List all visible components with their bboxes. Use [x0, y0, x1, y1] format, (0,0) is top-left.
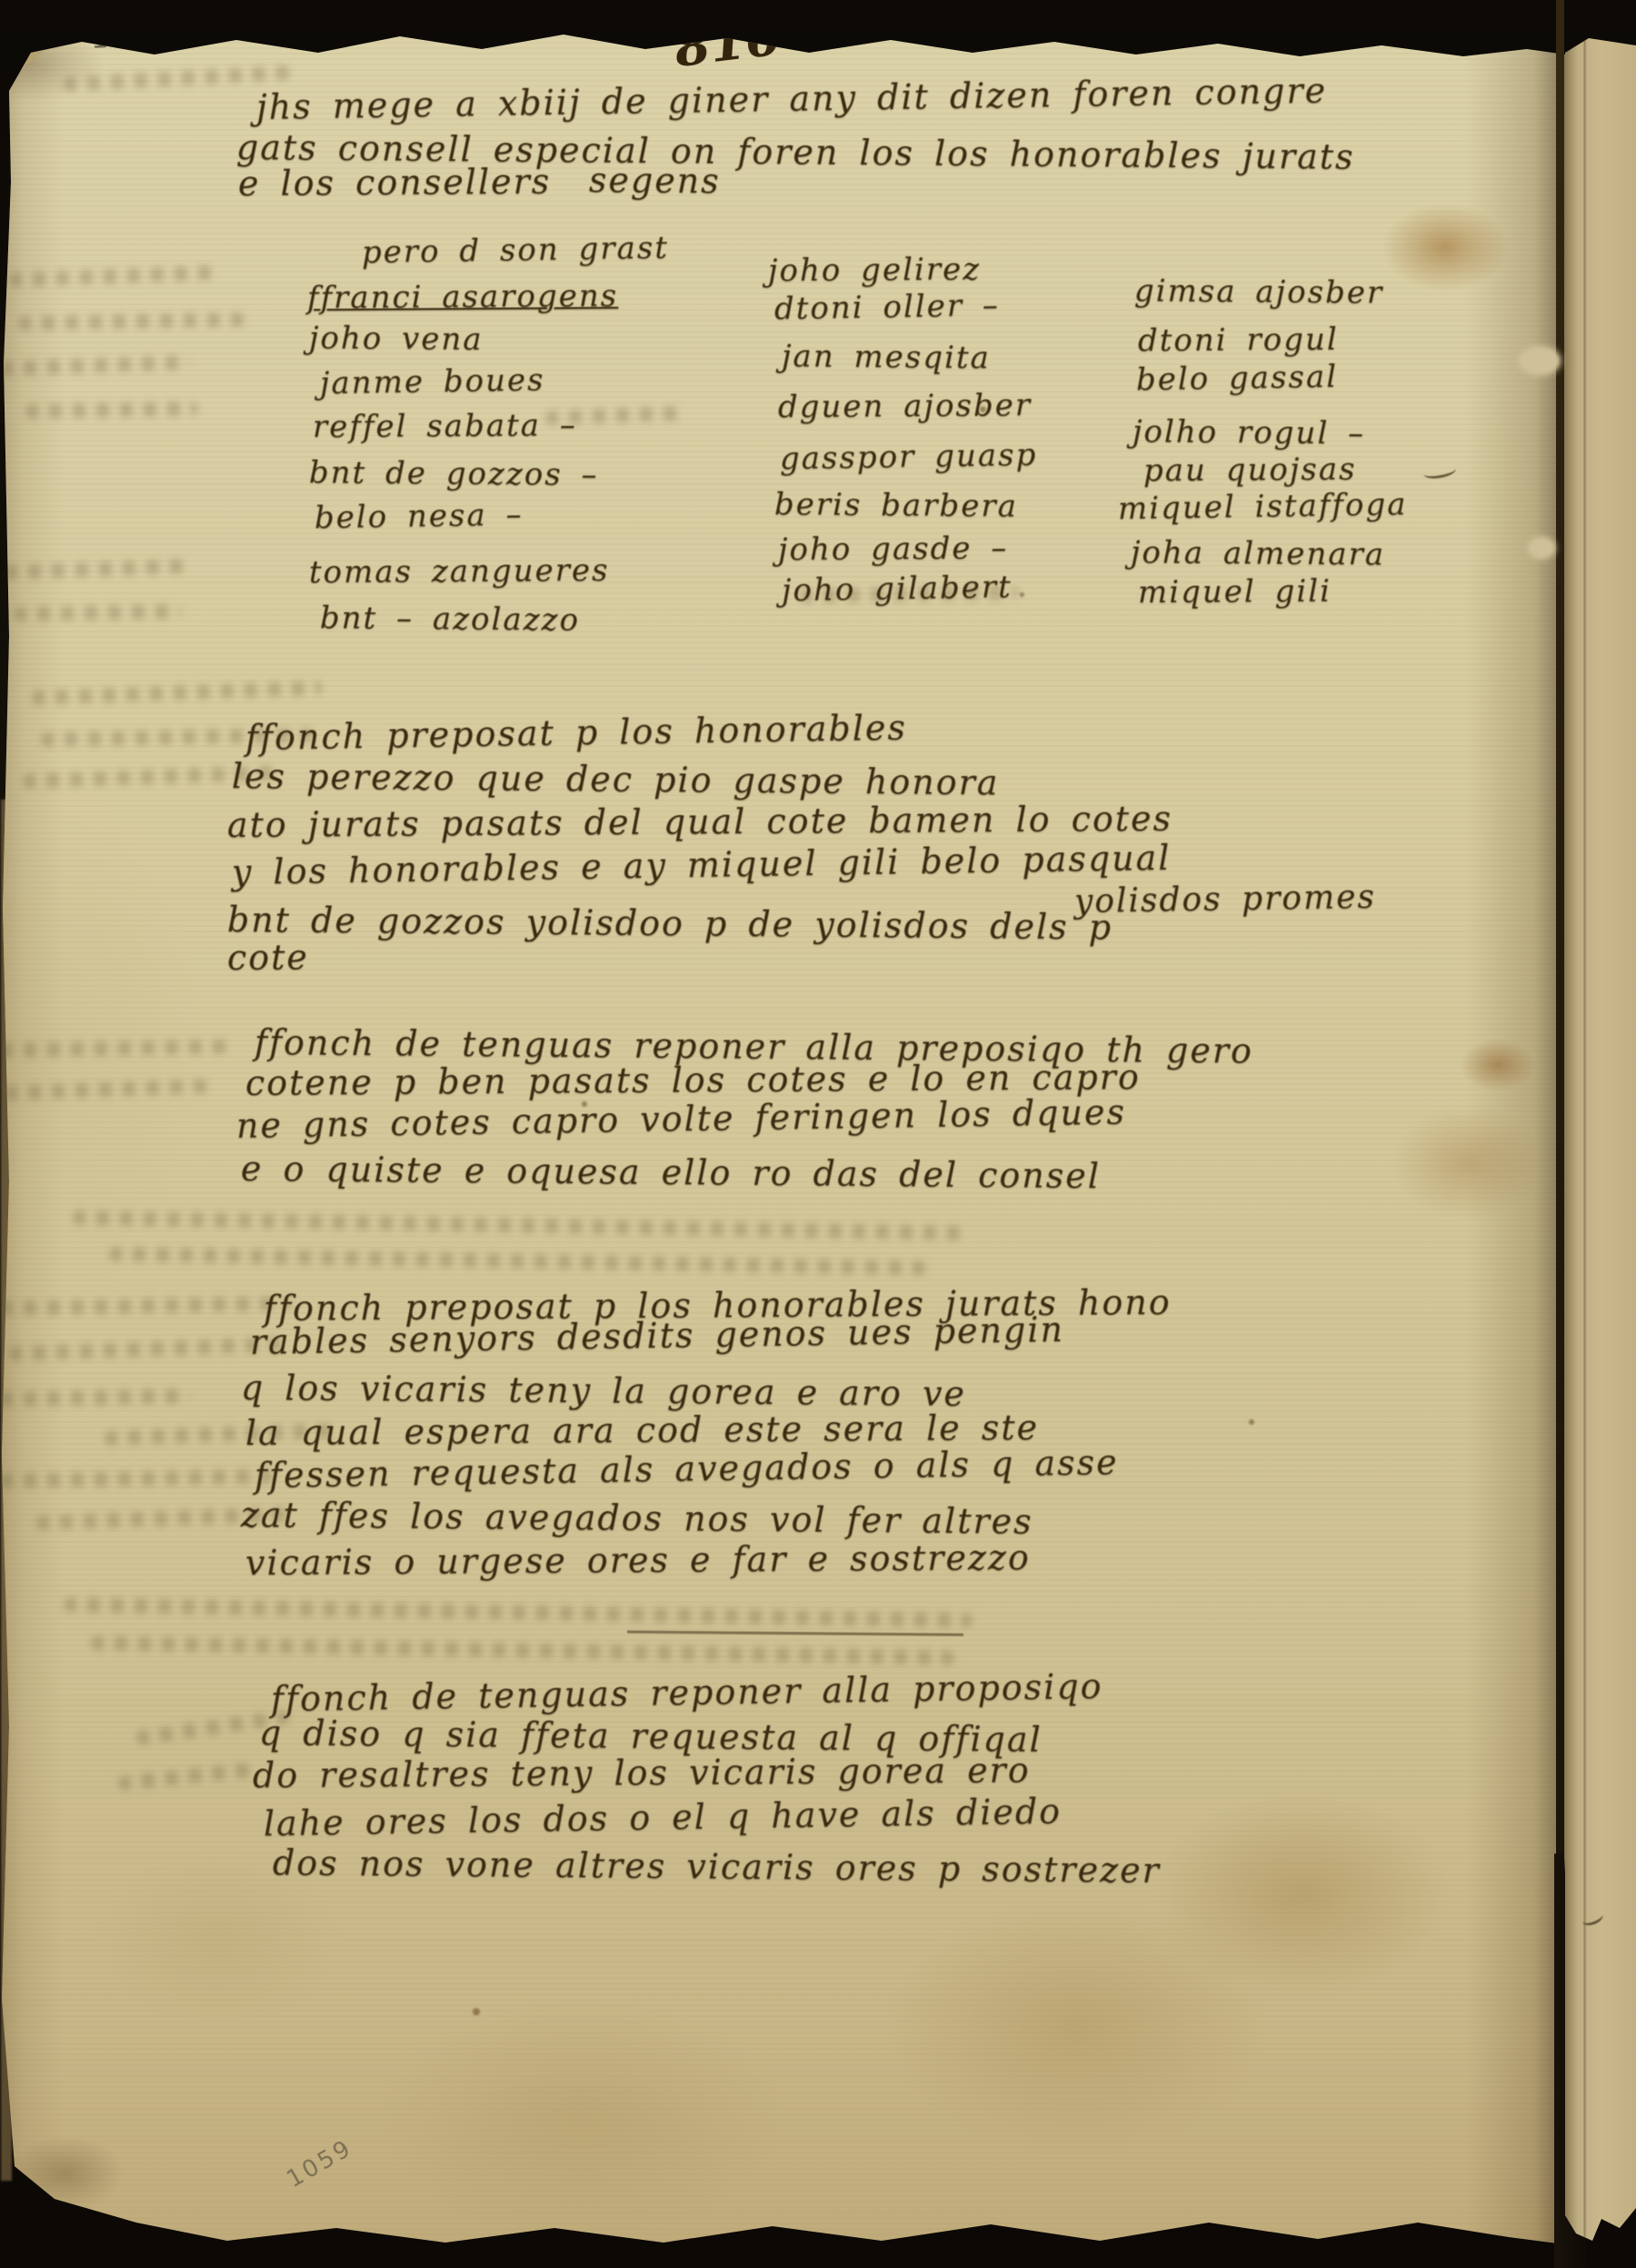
bleedthrough-ghost [5, 559, 186, 580]
attendee-name: joho gasde – [778, 530, 1009, 568]
attendee-name: bnt de gozzos – [309, 454, 599, 493]
attendee-name: joho vena [309, 320, 484, 358]
bleedthrough-ghost [9, 1338, 282, 1361]
ink-separator-stroke [627, 1630, 963, 1636]
bleedthrough-ghost [25, 402, 198, 419]
paragraph-line: q los vicaris teny la gorea e aro ve [241, 1368, 966, 1414]
attendee-name: dtoni rogul [1138, 321, 1339, 359]
bleedthrough-ghost [0, 355, 191, 376]
bleedthrough-ghost [64, 1597, 973, 1627]
bleedthrough-ghost [5, 1079, 214, 1100]
attendee-name: janme boues [320, 362, 545, 402]
heading-line: jhs mege a xbiij de giner any dit dizen … [256, 70, 1328, 127]
bleedthrough-ghost [0, 1469, 273, 1488]
manuscript-photo: 1066 1059 816 jhs mege a xbiij de giner … [0, 0, 1636, 2268]
foxing-spot [473, 2008, 480, 2015]
bleedthrough-ghost [0, 1039, 232, 1058]
attendee-name: jolho rogul – [1132, 413, 1365, 452]
heading-line: segens [589, 160, 721, 201]
attendee-name: jan mesqita [782, 338, 991, 376]
paper-repair-fuzz [1520, 347, 1560, 374]
attendee-name: joho gelirez [768, 251, 981, 289]
folio-number-top: 1066 [90, 19, 172, 55]
foxing-spot [1020, 592, 1024, 597]
attendee-name: reffel sabata – [313, 407, 577, 445]
bleedthrough-ghost [117, 1762, 254, 1791]
margin-note: yolisdos promes [1074, 879, 1377, 920]
attendee-name: bnt – azolazzo [320, 600, 580, 638]
bleedthrough-ghost [91, 1636, 954, 1666]
bleedthrough-ghost [0, 1388, 191, 1407]
attendee-name: belo gassal [1136, 359, 1339, 398]
attendee-name: gasspor guasp [780, 437, 1038, 477]
paragraph-line: lahe ores los dos o el q have als diedo [264, 1791, 1062, 1844]
paragraph-line: zat ffes los avegados nos vol fer altres [241, 1495, 1033, 1542]
foxing-spot [1249, 1419, 1254, 1425]
facing-page-edge [1565, 38, 1636, 2261]
paper-repair-fuzz [1529, 538, 1554, 558]
attendee-name: miquel gili [1138, 573, 1332, 611]
attendee-name: beris barbera [774, 486, 1018, 524]
manuscript-page: 1066 1059 816 jhs mege a xbiij de giner … [0, 0, 1565, 2268]
attendee-name: pau quojsas [1143, 451, 1357, 489]
paragraph-line: dos nos vone altres vicaris ores p sostr… [273, 1843, 1161, 1891]
paragraph-line: cote [227, 937, 309, 978]
paragraph-line: e o quiste e oquesa ello ro das del cons… [241, 1149, 1101, 1196]
stray-ink-mark [1422, 463, 1457, 481]
bleedthrough-ghost [9, 265, 218, 287]
corner-fold [8, 45, 44, 85]
header-mark: 816 [671, 6, 783, 79]
attendee-name: gimsa ajosber [1134, 273, 1384, 311]
bleedthrough-ghost [0, 1296, 291, 1316]
paragraph-line: vicaris o urgese ores e far e sostrezzo [245, 1537, 1031, 1583]
attendee-name: joha almenara [1131, 534, 1386, 572]
attendee-name: dguen ajosber [778, 387, 1032, 425]
folio-number-bottom: 1059 [283, 2134, 358, 2193]
attendee-name: ffranci asarogens [307, 278, 619, 316]
bleedthrough-ghost [73, 1210, 963, 1240]
bleedthrough-ghost [109, 1247, 927, 1276]
paragraph-line: ato jurats pasats del qual cote bamen lo… [227, 799, 1172, 845]
attendee-name: tomas zangueres [309, 552, 610, 591]
attendee-name: pero d son grast [362, 230, 670, 271]
paragraph-line: bnt de gozzos yolisdoo p de yolisdos del… [227, 900, 1113, 947]
paragraph-line: les perezzo que dec pio gaspe honora [232, 756, 1000, 802]
paragraph-line: ffonch de tenguas reponer alla proposiqo [271, 1666, 1103, 1719]
heading-line: e los consellers [238, 162, 552, 204]
header-flourish [636, 0, 827, 35]
bleedthrough-ghost [32, 681, 323, 705]
paragraph-line: ffonch preposat p los honorables [245, 708, 908, 758]
paragraph-line: do resaltres teny los vicaris gorea ero [253, 1750, 1031, 1795]
bleedthrough-ghost [18, 313, 245, 331]
attendee-name: dtoni oller – [774, 287, 1000, 327]
paragraph-line: y los honorables e ay miquel gili belo p… [232, 838, 1172, 892]
attendee-name: miquel istaffoga [1118, 486, 1408, 527]
bleedthrough-ghost [14, 604, 182, 622]
attendee-name: belo nesa – [314, 496, 524, 536]
attendee-name: joho gilabert [782, 569, 1013, 609]
